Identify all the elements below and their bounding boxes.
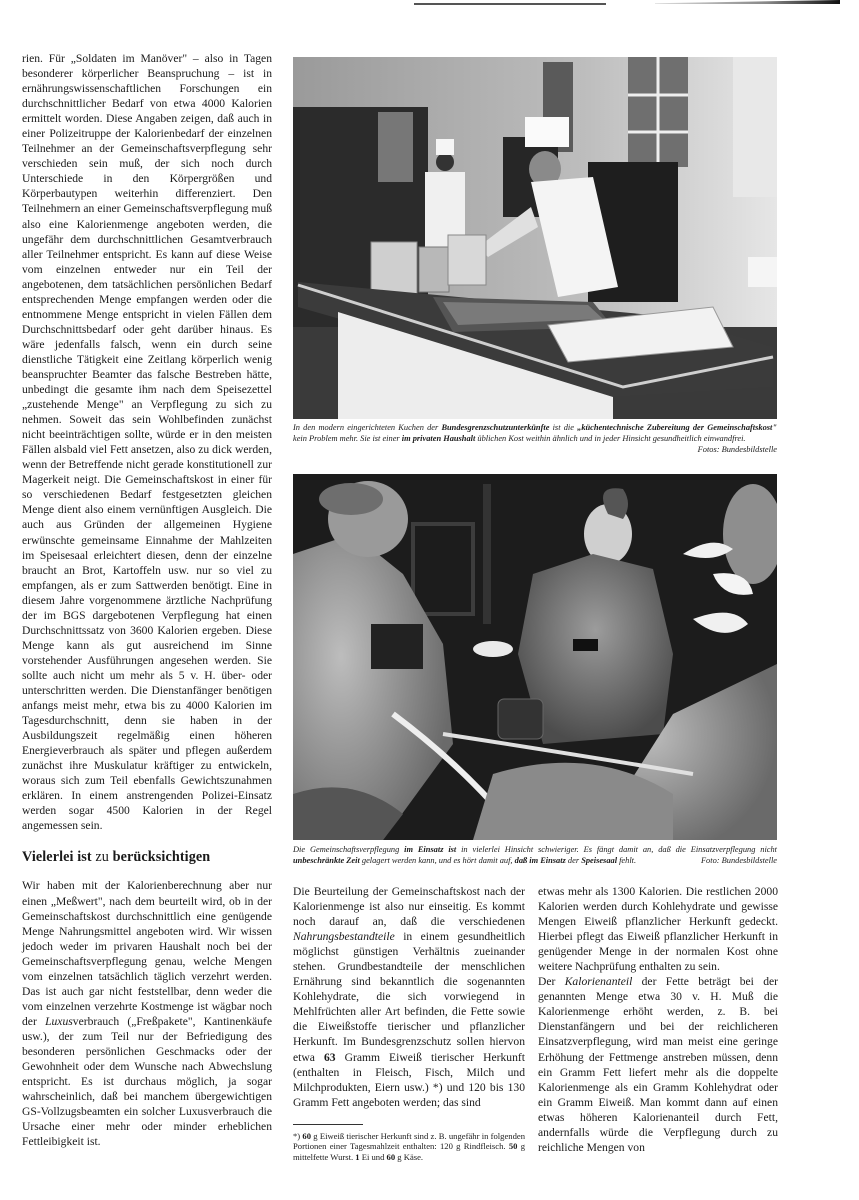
caption-2-text-a: Die Gemeinschaftsverpflegung xyxy=(293,845,404,854)
kitchen-photo-illustration xyxy=(293,57,777,419)
heading-part-3: berücksichtigen xyxy=(113,849,211,865)
right-p2-text-b: der Fette beträgt bei der genannten Meng… xyxy=(538,975,778,1154)
middle-column: Die Beurteilung der Gemeinschaftskost na… xyxy=(293,884,525,1162)
caption-2-bold-1: im Einsatz ist xyxy=(404,845,456,854)
caption-1-bold-3: im privaten Haushalt xyxy=(402,434,476,443)
left-paragraph-2-text-a: Wir haben mit der Kalorienberechnung abe… xyxy=(22,879,272,1027)
footnote: *) 60 g Eiweiß tierischer Herkunft sind … xyxy=(293,1131,525,1163)
right-p2-italic: Kalorienanteil xyxy=(565,975,633,988)
footnote-divider xyxy=(293,1124,363,1125)
field-photo-illustration xyxy=(293,474,777,840)
left-paragraph-2-italic: Luxus xyxy=(45,1015,73,1028)
left-paragraph-1: rien. Für „Soldaten im Manöver" – also i… xyxy=(22,51,272,833)
caption-1-text-c: kein Problem mehr. Sie ist einer xyxy=(293,434,402,443)
middle-paragraph-1: Die Beurteilung der Gemeinschaftskost na… xyxy=(293,884,525,1110)
top-rule-right xyxy=(655,0,840,4)
section-heading: Vielerlei ist zu berücksichtigen xyxy=(22,850,272,865)
caption-2-text-c: gelagert werden kann, und es hört damit … xyxy=(360,856,515,865)
footnote-text-d: Ei und xyxy=(360,1152,387,1162)
left-paragraph-2: Wir haben mit der Kalorienberechnung abe… xyxy=(22,878,272,1149)
middle-p1-text-b: in einem gesundheitlich möglichst günsti… xyxy=(293,930,525,1063)
heading-part-2: zu xyxy=(95,849,109,865)
field-photo-caption: Die Gemeinschaftsverpflegung im Einsatz … xyxy=(293,844,777,866)
right-paragraph-2: Der Kalorienanteil der Fette beträgt bei… xyxy=(538,974,778,1155)
footnote-bold-4: 60 xyxy=(387,1152,396,1162)
right-p2-text-a: Der xyxy=(538,975,565,988)
caption-2-text-d: der xyxy=(566,856,581,865)
footnote-bold-1: 60 xyxy=(302,1131,311,1141)
caption-2-text-e: fehlt. xyxy=(617,856,636,865)
kitchen-chefs-photo xyxy=(293,57,777,419)
middle-p1-text-a: Die Beurteilung der Gemeinschaftskost na… xyxy=(293,885,525,928)
footnote-text-b: g Eiweiß tierischer Herkunft sind z. B. … xyxy=(293,1131,525,1152)
middle-p1-bold: 63 xyxy=(324,1051,336,1064)
photo-credit-1: Fotos: Bundesbildstelle xyxy=(698,444,777,455)
caption-1-bold-2: „küchentechnische Zubereitung der Gemein… xyxy=(577,423,777,432)
soldiers-field-rations-photo xyxy=(293,474,777,840)
footnote-text-e: g Käse. xyxy=(395,1152,423,1162)
footnote-marker: *) xyxy=(293,1131,302,1141)
left-paragraph-2-text-b: verbrauch („Freßpakete", Kantinenkäufe u… xyxy=(22,1015,272,1148)
caption-2-bold-2: unbeschränkte Zeit xyxy=(293,856,360,865)
photo-credit-2: Foto: Bundesbildstelle xyxy=(701,855,777,866)
caption-1-text-b: ist die xyxy=(549,423,577,432)
caption-2-bold-4: Speisesaal xyxy=(581,856,617,865)
left-column: rien. Für „Soldaten im Manöver" – also i… xyxy=(22,51,272,1149)
middle-p1-italic: Nahrungsbestandteile xyxy=(293,930,395,943)
caption-1-bold-1: Bundesgrenzschutzunterkünfte xyxy=(441,423,549,432)
heading-part-1: Vielerlei ist xyxy=(22,849,92,865)
right-paragraph-1: etwas mehr als 1300 Kalorien. Die restli… xyxy=(538,884,778,974)
caption-2-bold-3: daß im Einsatz xyxy=(515,856,566,865)
caption-2-text-b: in vielerlei Hinsicht schwieriger. Es fä… xyxy=(456,845,777,854)
caption-1-text-a: In den modern eingerichteten Kuchen der xyxy=(293,423,441,432)
top-rule-left xyxy=(414,3,606,5)
right-column: etwas mehr als 1300 Kalorien. Die restli… xyxy=(538,884,778,1155)
caption-1-text-d: üblichen Kost weithin ähnlich und in jed… xyxy=(475,434,745,443)
kitchen-photo-caption: In den modern eingerichteten Kuchen der … xyxy=(293,422,777,455)
